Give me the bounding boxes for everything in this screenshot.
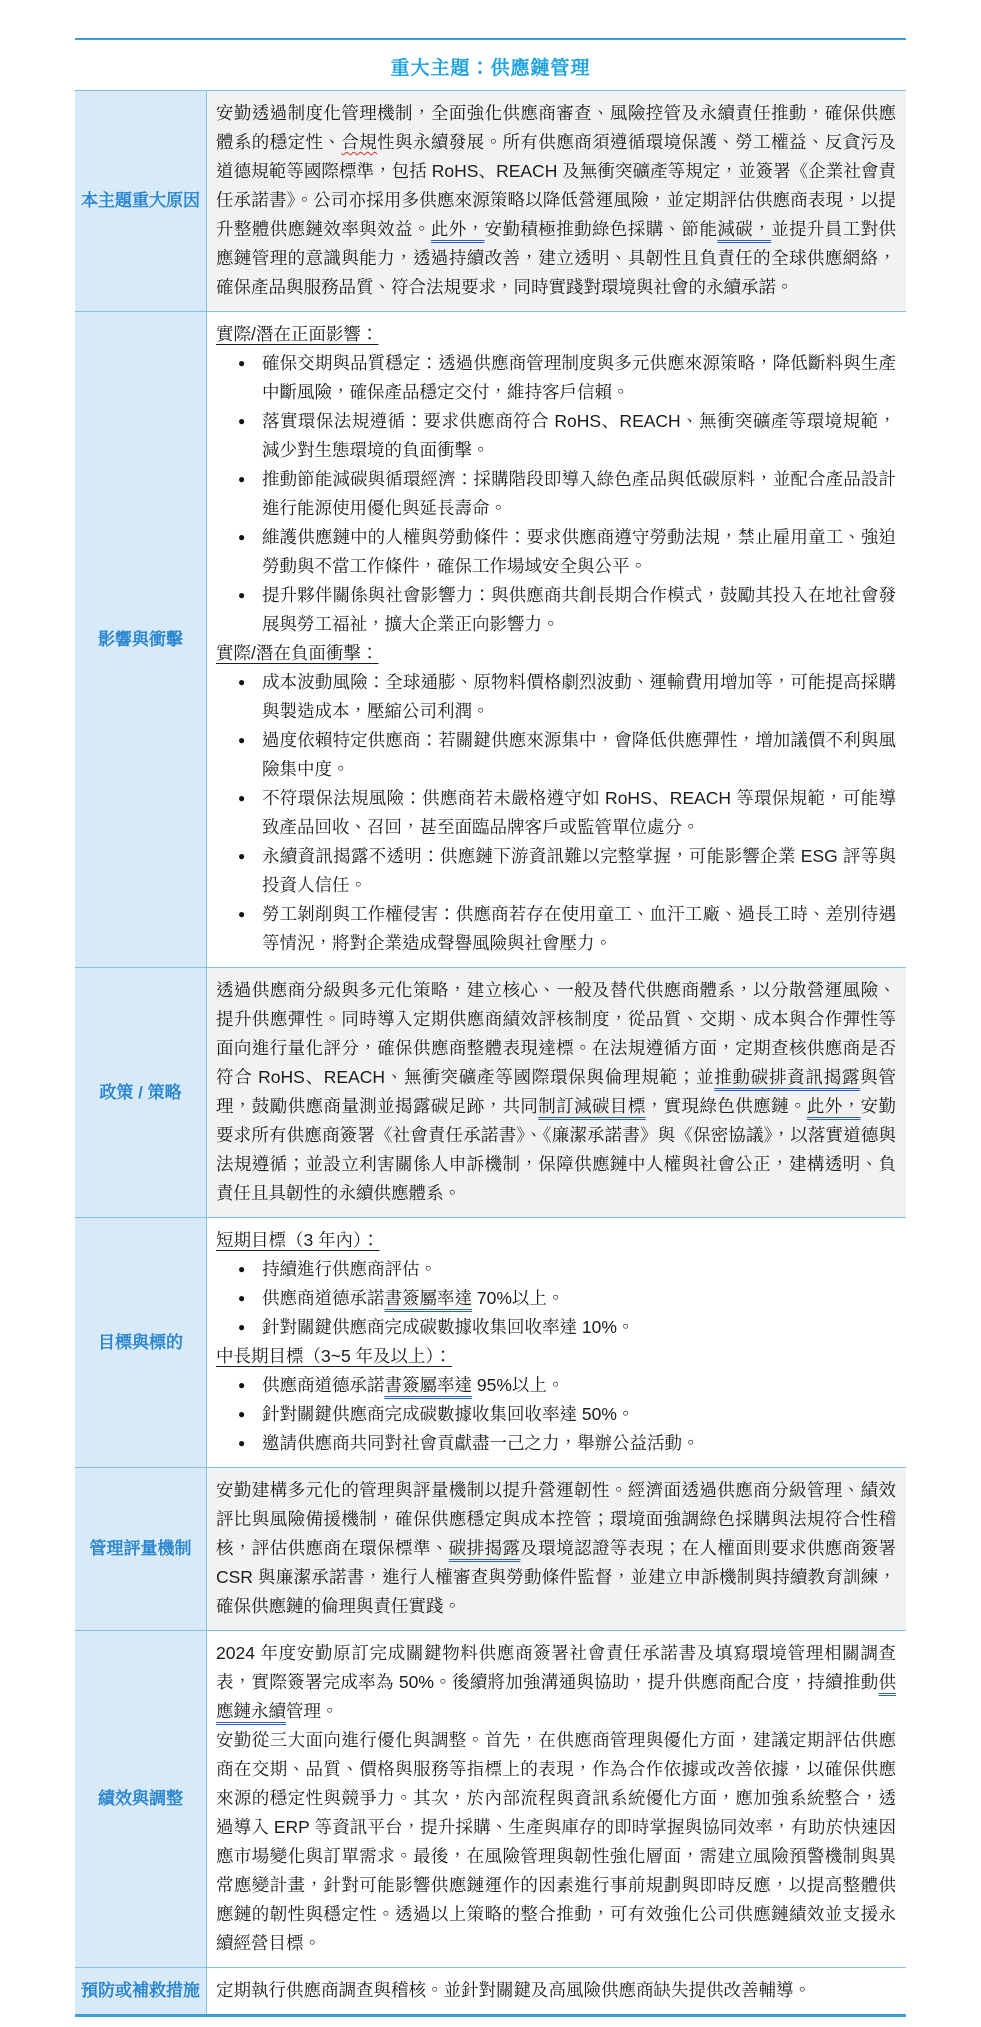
row-content: 2024 年度安勤原訂完成關鍵物料供應商簽署社會責任承諾書及填寫環境管理相關調查…: [207, 1631, 906, 1967]
list-item-text: 供應商道德承諾書簽屬率達 70%以上。: [262, 1288, 564, 1308]
section-heading: 短期目標（3 年內）：: [216, 1226, 896, 1255]
text-run: 安勤從三大面向進行優化與調整。首先，在供應商管理與優化方面，建議定期評估供應商在…: [216, 1730, 896, 1953]
topic-table: 本主題重大原因安勤透過制度化管理機制，全面強化供應商審查、風險控管及永續責任推動…: [75, 90, 906, 2017]
list-item: ●供應商道德承諾書簽屬率達 95%以上。: [216, 1371, 896, 1400]
list-item-text: 針對關鍵供應商完成碳數據收集回收率達 50%。: [262, 1404, 634, 1424]
list-item: ●落實環保法規遵循：要求供應商符合 RoHS、REACH、無衝突礦產等環境規範，…: [216, 407, 896, 465]
text-run: 維護供應鏈中的人權與勞動條件：要求供應商遵守勞動法規，禁止雇用童工、強迫勞動與不…: [262, 527, 896, 576]
bullet-icon: ●: [238, 784, 245, 813]
list-item-text: 不符環保法規風險：供應商若未嚴格遵守如 RoHS、REACH 等環保規範，可能導…: [262, 788, 896, 837]
list-item: ●供應商道德承諾書簽屬率達 70%以上。: [216, 1284, 896, 1313]
table-row: 目標與標的短期目標（3 年內）：●持續進行供應商評估。●供應商道德承諾書簽屬率達…: [75, 1218, 906, 1468]
text-run: 過度依賴特定供應商：若關鍵供應來源集中，會降低供應彈性，增加議價不利與風險集中度…: [262, 730, 896, 779]
text-run: 供應商道德承諾: [262, 1288, 385, 1308]
table-row: 管理評量機制安勤建構多元化的管理與評量機制以提升營運韌性。經濟面透過供應商分級管…: [75, 1468, 906, 1631]
section-heading-text: 實際/潛在負面衝擊：: [216, 643, 378, 663]
table-row: 預防或補救措施定期執行供應商調查與稽核。並針對關鍵及高風險供應商缺失提供改善輔導…: [75, 1968, 906, 2014]
text-run: 管理。: [286, 1701, 339, 1721]
list-item: ●維護供應鏈中的人權與勞動條件：要求供應商遵守勞動法規，禁止雇用童工、強迫勞動與…: [216, 523, 896, 581]
bullet-icon: ●: [238, 842, 245, 871]
annotation-blue-double: 書簽屬率達: [385, 1288, 473, 1308]
row-label: 影響與衝擊: [75, 312, 207, 967]
list-item: ●永續資訊揭露不透明：供應鏈下游資訊難以完整掌握，可能影響企業 ESG 評等與投…: [216, 842, 896, 900]
row-content: 實際/潛在正面影響：●確保交期與品質穩定：透過供應商管理制度與多元供應來源策略，…: [207, 312, 906, 967]
paragraph: 2024 年度安勤原訂完成關鍵物料供應商簽署社會責任承諾書及填寫環境管理相關調查…: [216, 1639, 896, 1726]
bullet-icon: ●: [238, 407, 245, 436]
list-item-text: 永續資訊揭露不透明：供應鏈下游資訊難以完整掌握，可能影響企業 ESG 評等與投資…: [262, 846, 896, 895]
paragraph: 定期執行供應商調查與稽核。並針對關鍵及高風險供應商缺失提供改善輔導。: [216, 1976, 896, 2005]
list-item-text: 過度依賴特定供應商：若關鍵供應來源集中，會降低供應彈性，增加議價不利與風險集中度…: [262, 730, 896, 779]
list-item-text: 維護供應鏈中的人權與勞動條件：要求供應商遵守勞動法規，禁止雇用童工、強迫勞動與不…: [262, 527, 896, 576]
section-heading-text: 短期目標（3 年內）：: [216, 1230, 379, 1250]
bullet-icon: ●: [238, 1400, 245, 1429]
text-run: 短期目標（3 年內）：: [216, 1230, 379, 1250]
section-heading: 中長期目標（3~5 年及以上）：: [216, 1342, 896, 1371]
text-run: 實際/潛在正面影響：: [216, 324, 378, 344]
section-heading: 實際/潛在正面影響：: [216, 320, 896, 349]
bullet-icon: ●: [238, 581, 245, 610]
list-item-text: 成本波動風險：全球通膨、原物料價格劇烈波動、運輸費用增加等，可能提高採購與製造成…: [262, 672, 896, 721]
bullet-icon: ●: [238, 1371, 245, 1400]
list-item: ●針對關鍵供應商完成碳數據收集回收率達 10%。: [216, 1313, 896, 1342]
text-run: 針對關鍵供應商完成碳數據收集回收率達 50%。: [262, 1404, 634, 1424]
text-run: 確保交期與品質穩定：透過供應商管理制度與多元供應來源策略，降低斷料與生產中斷風險…: [262, 353, 896, 402]
list-item: ●提升夥伴關係與社會影響力：與供應商共創長期合作模式，鼓勵其投入在地社會發展與勞…: [216, 581, 896, 639]
bullet-icon: ●: [238, 900, 245, 929]
row-content: 安勤建構多元化的管理與評量機制以提升營運韌性。經濟面透過供應商分級管理、績效評比…: [207, 1468, 906, 1630]
text-run: 永續資訊揭露不透明：供應鏈下游資訊難以完整掌握，可能影響企業 ESG 評等與投資…: [262, 846, 896, 895]
paragraph: 安勤透過制度化管理機制，全面強化供應商審查、風險控管及永續責任推動，確保供應體系…: [216, 99, 896, 302]
list-item-text: 勞工剝削與工作權侵害：供應商若存在使用童工、血汗工廠、過長工時、差別待遇等情況，…: [262, 904, 896, 953]
row-label: 本主題重大原因: [75, 91, 207, 311]
text-run: 邀請供應商共同對社會貢獻盡一己之力，舉辦公益活動。: [262, 1433, 700, 1453]
text-run: 不符環保法規風險：供應商若未嚴格遵守如 RoHS、REACH 等環保規範，可能導…: [262, 788, 896, 837]
list-item-text: 邀請供應商共同對社會貢獻盡一己之力，舉辦公益活動。: [262, 1433, 700, 1453]
text-run: 勞工剝削與工作權侵害：供應商若存在使用童工、血汗工廠、過長工時、差別待遇等情況，…: [262, 904, 896, 953]
bullet-icon: ●: [238, 726, 245, 755]
document-page: 重大主題：供應鏈管理 本主題重大原因安勤透過制度化管理機制，全面強化供應商審查、…: [0, 0, 981, 2027]
annotation-blue-double: 碳排揭露: [449, 1538, 521, 1558]
table-row: 績效與調整2024 年度安勤原訂完成關鍵物料供應商簽署社會責任承諾書及填寫環境管…: [75, 1631, 906, 1968]
text-run: 70%以上。: [472, 1288, 564, 1308]
text-run: ，實現綠色供應鏈。: [646, 1096, 807, 1116]
section-heading-text: 實際/潛在正面影響：: [216, 324, 378, 344]
annotation-blue-double: 此外，: [807, 1096, 861, 1116]
paragraph: 安勤從三大面向進行優化與調整。首先，在供應商管理與優化方面，建議定期評估供應商在…: [216, 1726, 896, 1958]
list-item-text: 供應商道德承諾書簽屬率達 95%以上。: [262, 1375, 564, 1395]
row-content: 定期執行供應商調查與稽核。並針對關鍵及高風險供應商缺失提供改善輔導。: [207, 1968, 906, 2014]
text-run: 針對關鍵供應商完成碳數據收集回收率達 10%。: [262, 1317, 634, 1337]
text-run: 提升夥伴關係與社會影響力：與供應商共創長期合作模式，鼓勵其投入在地社會發展與勞工…: [262, 585, 896, 634]
text-run: 2024 年度安勤原訂完成關鍵物料供應商簽署社會責任承諾書及填寫環境管理相關調查…: [216, 1643, 896, 1692]
text-run: 安勤積極推動綠色採購、節能: [485, 219, 718, 239]
list-item-text: 提升夥伴關係與社會影響力：與供應商共創長期合作模式，鼓勵其投入在地社會發展與勞工…: [262, 585, 896, 634]
list-item-text: 持續進行供應商評估。: [262, 1259, 437, 1279]
annotation-blue-double: 制訂減碳目標: [538, 1096, 645, 1116]
list-item: ●確保交期與品質穩定：透過供應商管理制度與多元供應來源策略，降低斷料與生產中斷風…: [216, 349, 896, 407]
table-row: 本主題重大原因安勤透過制度化管理機制，全面強化供應商審查、風險控管及永續責任推動…: [75, 91, 906, 312]
bullet-icon: ●: [238, 1429, 245, 1458]
bullet-icon: ●: [238, 668, 245, 697]
text-run: 95%以上。: [472, 1375, 564, 1395]
list-item: ●勞工剝削與工作權侵害：供應商若存在使用童工、血汗工廠、過長工時、差別待遇等情況…: [216, 900, 896, 958]
content-wrap: 重大主題：供應鏈管理 本主題重大原因安勤透過制度化管理機制，全面強化供應商審查、…: [75, 38, 906, 2017]
bullet-icon: ●: [238, 523, 245, 552]
paragraph: 透過供應商分級與多元化策略，建立核心、一般及替代供應商體系，以分散營運風險、提升…: [216, 976, 896, 1208]
table-row: 政策 / 策略透過供應商分級與多元化策略，建立核心、一般及替代供應商體系，以分散…: [75, 968, 906, 1218]
list-item: ●針對關鍵供應商完成碳數據收集回收率達 50%。: [216, 1400, 896, 1429]
row-label: 政策 / 策略: [75, 968, 207, 1217]
text-run: 落實環保法規遵循：要求供應商符合 RoHS、REACH、無衝突礦產等環境規範，減…: [262, 411, 896, 460]
text-run: 供應商道德承諾: [262, 1375, 385, 1395]
text-run: 實際/潛在負面衝擊：: [216, 643, 378, 663]
list-item: ●成本波動風險：全球通膨、原物料價格劇烈波動、運輸費用增加等，可能提高採購與製造…: [216, 668, 896, 726]
bullet-icon: ●: [238, 1284, 245, 1313]
paragraph: 安勤建構多元化的管理與評量機制以提升營運韌性。經濟面透過供應商分級管理、績效評比…: [216, 1476, 896, 1621]
text-run: 成本波動風險：全球通膨、原物料價格劇烈波動、運輸費用增加等，可能提高採購與製造成…: [262, 672, 896, 721]
annotation-blue-double: 此外，: [431, 219, 485, 239]
section-heading: 實際/潛在負面衝擊：: [216, 639, 896, 668]
text-run: 持續進行供應商評估。: [262, 1259, 437, 1279]
table-row: 影響與衝擊實際/潛在正面影響：●確保交期與品質穩定：透過供應商管理制度與多元供應…: [75, 312, 906, 968]
row-label: 預防或補救措施: [75, 1968, 207, 2014]
list-item: ●持續進行供應商評估。: [216, 1255, 896, 1284]
bullet-icon: ●: [238, 349, 245, 378]
list-item-text: 推動節能減碳與循環經濟：採購階段即導入綠色產品與低碳原料，並配合產品設計進行能源…: [262, 469, 896, 518]
annotation-blue-double: 減碳，: [717, 219, 771, 239]
annotation-blue-double: 書簽屬率達: [385, 1375, 473, 1395]
row-content: 透過供應商分級與多元化策略，建立核心、一般及替代供應商體系，以分散營運風險、提升…: [207, 968, 906, 1217]
annotation-blue-double: 推動碳排資訊揭露: [714, 1067, 860, 1087]
bullet-icon: ●: [238, 1255, 245, 1284]
row-label: 績效與調整: [75, 1631, 207, 1967]
list-item: ●推動節能減碳與循環經濟：採購階段即導入綠色產品與低碳原料，並配合產品設計進行能…: [216, 465, 896, 523]
bullet-icon: ●: [238, 1313, 245, 1342]
row-label: 管理評量機制: [75, 1468, 207, 1630]
page-title: 重大主題：供應鏈管理: [75, 53, 906, 80]
row-content: 安勤透過制度化管理機制，全面強化供應商審查、風險控管及永續責任推動，確保供應體系…: [207, 91, 906, 311]
text-run: 中長期目標（3~5 年及以上）：: [216, 1346, 452, 1366]
list-item-text: 落實環保法規遵循：要求供應商符合 RoHS、REACH、無衝突礦產等環境規範，減…: [262, 411, 896, 460]
text-run: 推動節能減碳與循環經濟：採購階段即導入綠色產品與低碳原料，並配合產品設計進行能源…: [262, 469, 896, 518]
list-item-text: 針對關鍵供應商完成碳數據收集回收率達 10%。: [262, 1317, 634, 1337]
row-label: 目標與標的: [75, 1218, 207, 1467]
text-run: 定期執行供應商調查與稽核。並針對關鍵及高風險供應商缺失提供改善輔導。: [216, 1980, 811, 2000]
section-heading-text: 中長期目標（3~5 年及以上）：: [216, 1346, 452, 1366]
annotation-red-squiggle: 合規: [341, 132, 377, 152]
list-item: ●過度依賴特定供應商：若關鍵供應來源集中，會降低供應彈性，增加議價不利與風險集中…: [216, 726, 896, 784]
top-divider: [75, 38, 906, 40]
row-content: 短期目標（3 年內）：●持續進行供應商評估。●供應商道德承諾書簽屬率達 70%以…: [207, 1218, 906, 1467]
list-item-text: 確保交期與品質穩定：透過供應商管理制度與多元供應來源策略，降低斷料與生產中斷風險…: [262, 353, 896, 402]
list-item: ●不符環保法規風險：供應商若未嚴格遵守如 RoHS、REACH 等環保規範，可能…: [216, 784, 896, 842]
list-item: ●邀請供應商共同對社會貢獻盡一己之力，舉辦公益活動。: [216, 1429, 896, 1458]
bullet-icon: ●: [238, 465, 245, 494]
